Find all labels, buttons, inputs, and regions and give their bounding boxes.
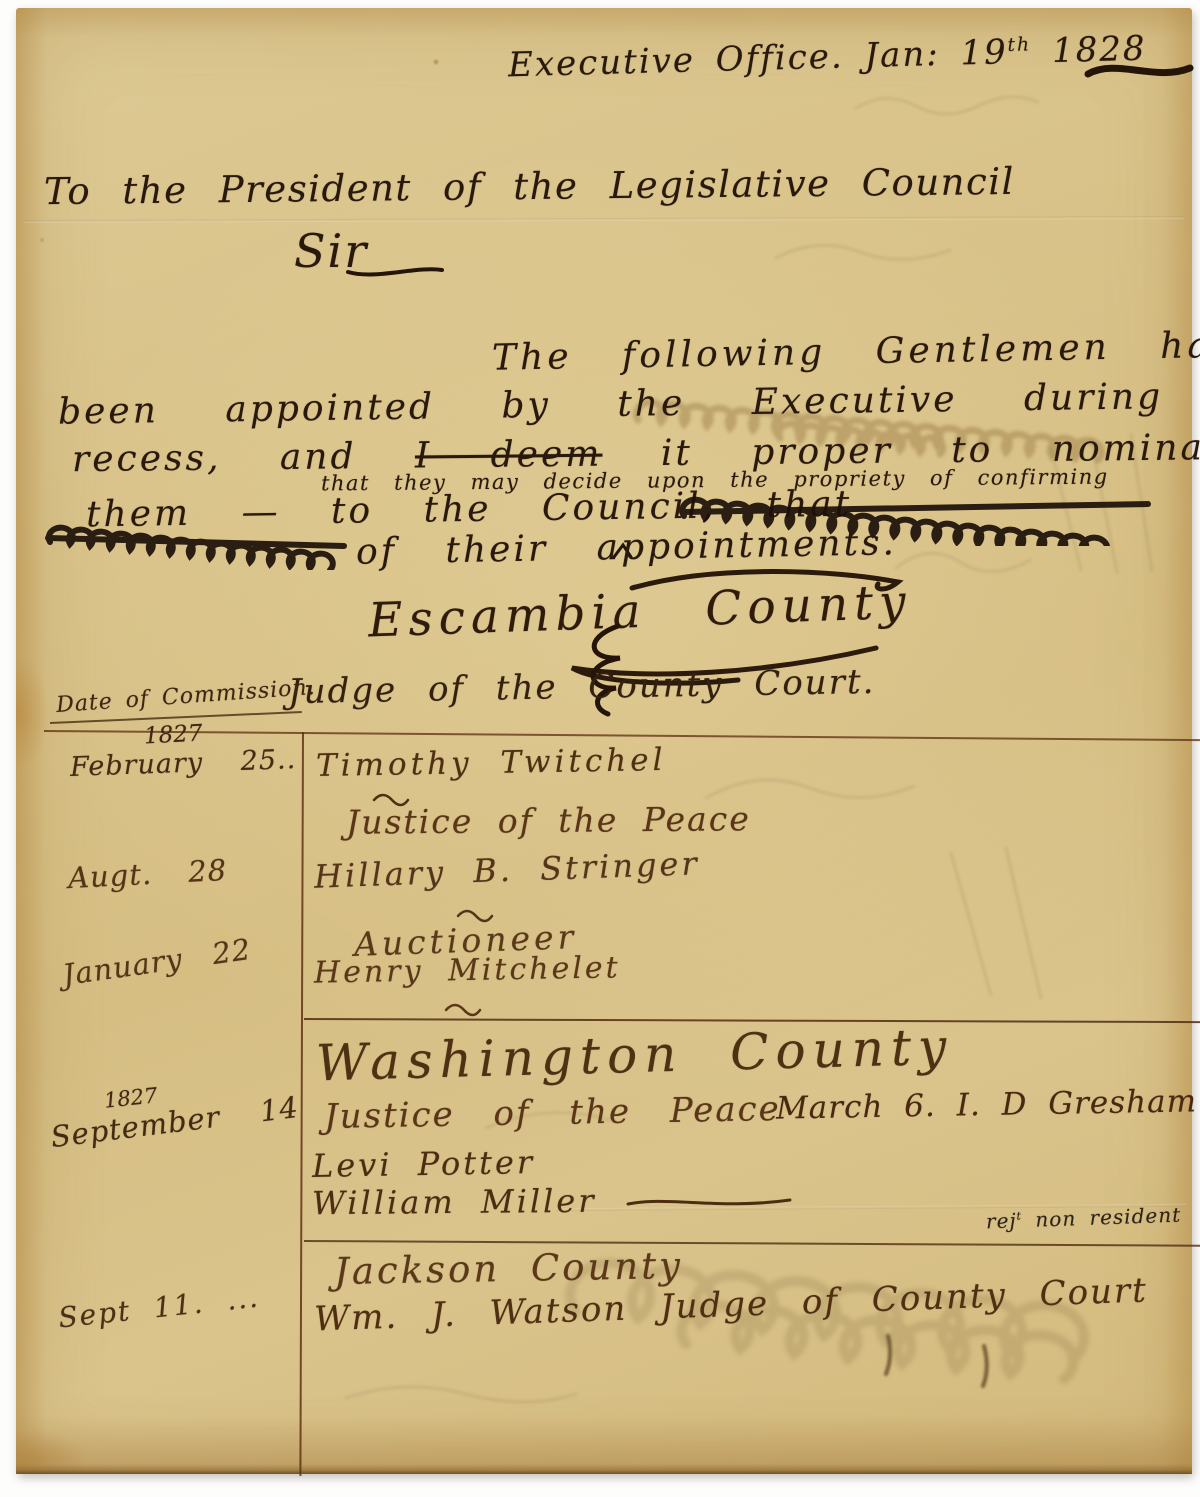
margin-note-text: non resident: [1022, 1203, 1182, 1233]
dateline-year: 1828: [1031, 29, 1147, 72]
manuscript-page: Executive Office. Jan: 19th 1828 To the …: [16, 8, 1192, 1474]
county-heading-washington: Washington County: [315, 1022, 953, 1089]
body-line-3-text: recess, and: [72, 436, 357, 480]
address-line: To the President of the Legislative Coun…: [44, 163, 1015, 210]
office-note-gresham: March 6. I. D Gresham: [776, 1086, 1197, 1124]
row-date: Augt. 28: [67, 856, 227, 893]
body-line-5: of their appointments.: [356, 525, 898, 570]
trailing-dash-flourish: [624, 1194, 796, 1214]
row-date: Sept 11. ...: [57, 1284, 261, 1333]
fold-crease: [24, 216, 1184, 223]
dateline-superscript: th: [1007, 34, 1031, 56]
row-name: Henry Mitchelet: [314, 953, 621, 988]
scanned-document: Executive Office. Jan: 19th 1828 To the …: [0, 0, 1200, 1497]
table-office-header: Judge of the County Court.: [288, 665, 876, 709]
row-date: September 14: [49, 1093, 300, 1152]
margin-note-text: rej: [986, 1208, 1017, 1233]
row-name: Levi Potter: [312, 1146, 536, 1182]
row-year: 1827: [143, 722, 203, 748]
table-rule-vertical: [299, 732, 304, 1476]
row-name: Hillary B. Stringer: [314, 847, 701, 892]
margin-note-rejected: rejt non resident: [986, 1205, 1182, 1232]
body-line-1: The following Gentlemen have: [492, 327, 1200, 376]
dateline-text: Executive Office. Jan: 19: [508, 32, 1009, 85]
table-rule-horizontal-jackson: [304, 1240, 1200, 1247]
page-bottom-edge: [16, 1464, 1192, 1474]
row-name: William Miller: [312, 1185, 597, 1219]
row-date: February 25..: [70, 746, 297, 781]
row-name: Timothy Twitchel: [316, 745, 667, 782]
county-heading-escambia: Escambia County: [367, 579, 912, 645]
row-date: January 22: [61, 935, 253, 990]
office-heading-justice-washington: Justice of the Peace: [324, 1092, 781, 1134]
flourish-mark: [444, 1002, 482, 1018]
table-date-header: Date of Commission.: [56, 677, 317, 717]
table-rule-horizontal-top: [44, 730, 1200, 741]
salutation-greeting: Sir: [294, 228, 368, 274]
office-heading-justice: Justice of the Peace: [346, 802, 751, 839]
dateline: Executive Office. Jan: 19th 1828: [508, 32, 1147, 83]
county-heading-jackson: Jackson County: [334, 1247, 683, 1290]
body-line-2: been appointed by the Executive during t…: [58, 377, 1200, 430]
